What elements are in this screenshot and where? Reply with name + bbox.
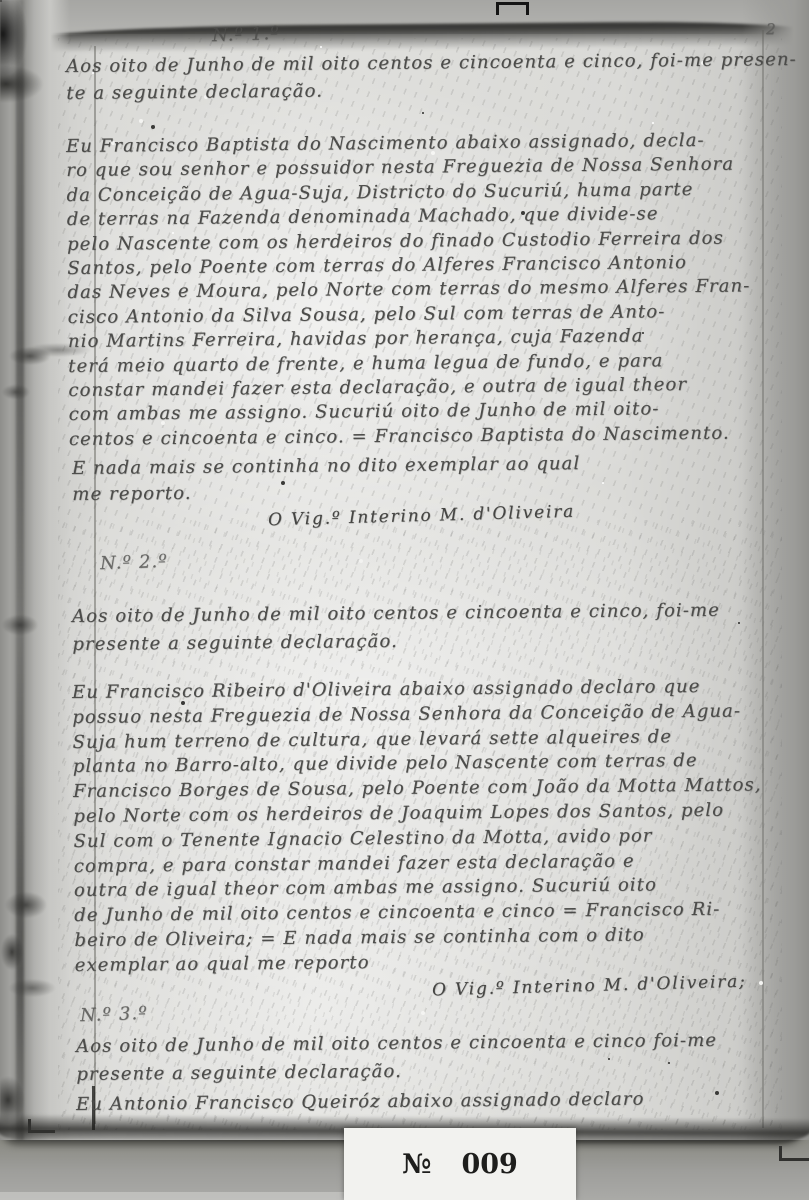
record-1-heading: N.º 1.º [212,23,281,46]
page-number: 2 [766,20,777,38]
dust-speckles-dark [0,0,2,2]
archival-number: 009 [461,1149,517,1180]
archival-number-label: № 009 [344,1128,576,1200]
bottom-right-registration-mark [779,1146,809,1161]
bottom-left-registration-mark [28,1119,55,1133]
record-line: presente a seguinte declaração. [76,1061,402,1085]
numero-sign: № [402,1149,431,1180]
manuscript-scan: 2 N.º 1.º Aos oito de Junho de mil oito … [0,0,809,1200]
top-registration-mark [496,2,529,15]
record-line: me reporto. [72,483,191,505]
record-3-heading: N.º 3.º [80,1003,149,1026]
record-line: presente a seguinte declaração. [72,631,398,655]
record-line: exemplar ao qual me reporto [75,952,370,976]
record-line: te a seguinte declaração. [66,81,323,104]
right-margin-rule [762,30,764,1128]
record-2-heading: N.º 2.º [100,551,169,574]
